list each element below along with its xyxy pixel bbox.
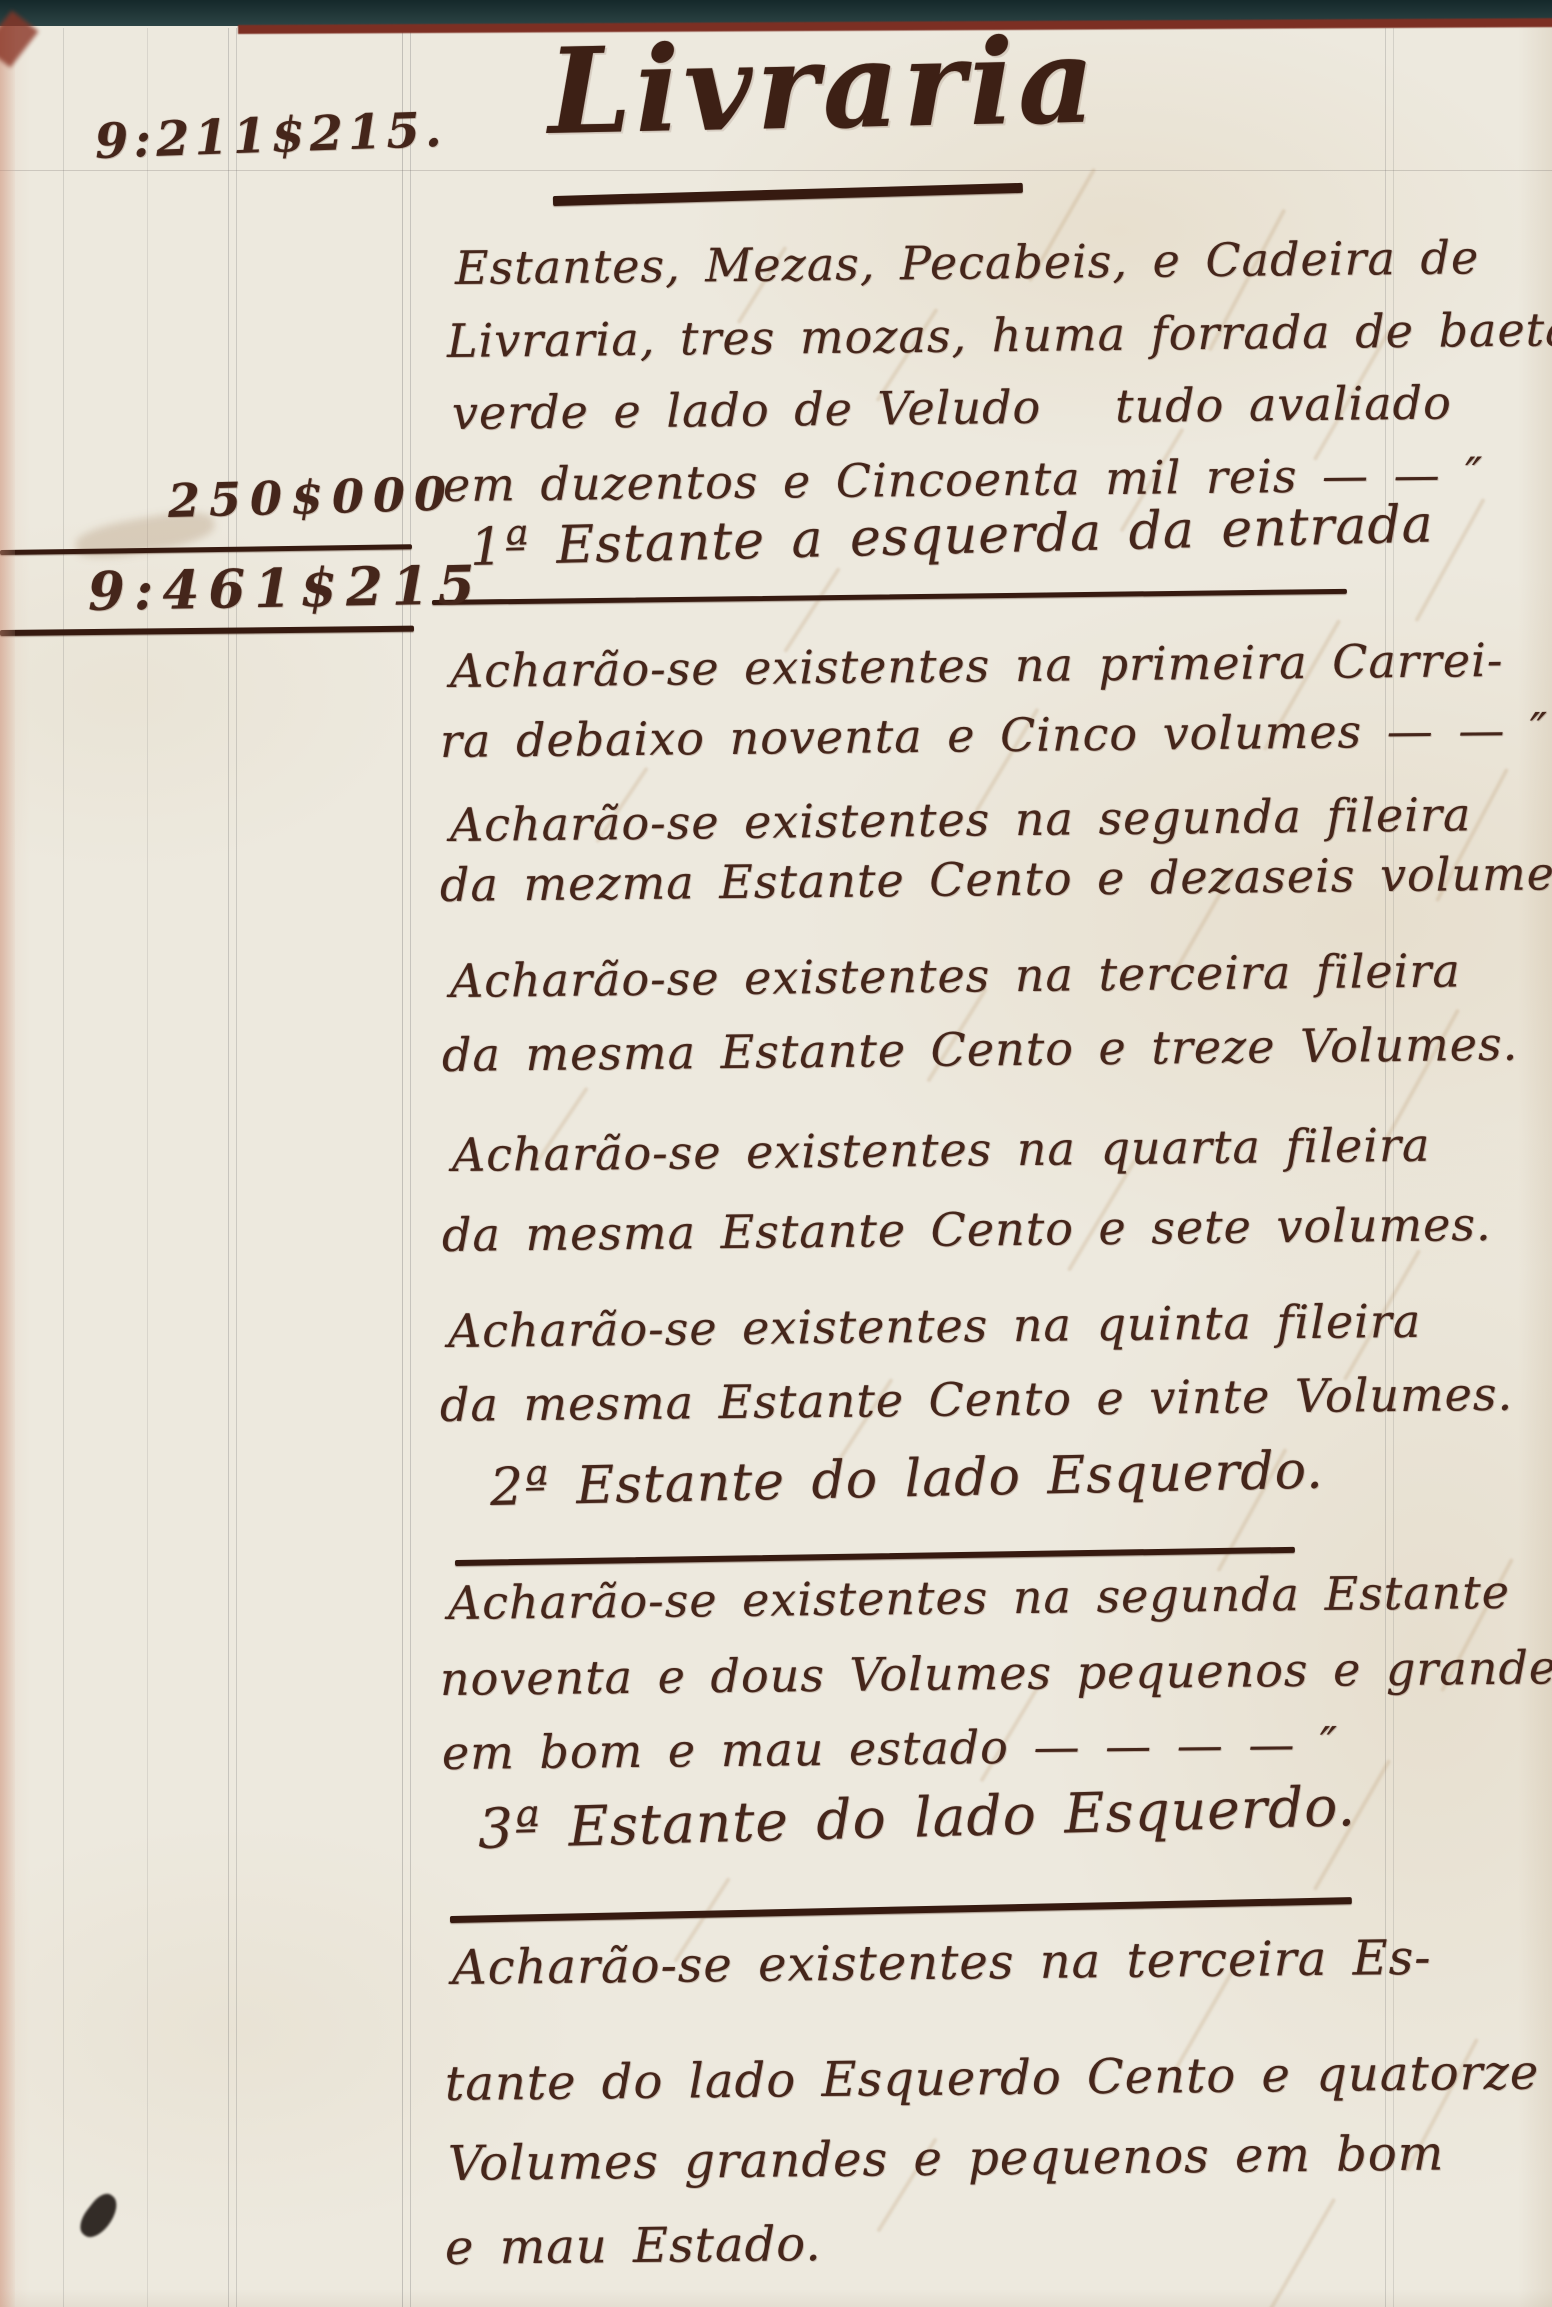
text-line: da mesma Estante Cento e sete volumes.	[442, 1201, 1492, 1258]
text-line: noventa e dous Volumes pequenos e grande…	[440, 1644, 1552, 1702]
text-line: Acharão-se existentes na primeira Carrei…	[450, 637, 1504, 694]
ruled-line-vertical	[402, 28, 403, 2307]
text-line: em bom e mau estado — — — — ″	[442, 1721, 1339, 1776]
text-line: Acharão-se existentes na quinta fileira	[448, 1298, 1422, 1354]
title-underline	[553, 183, 1023, 206]
section-heading: 2ª Estante do lado Esquerdo.	[489, 1445, 1324, 1514]
heading-underline	[450, 1897, 1352, 1923]
ruled-line-vertical	[410, 28, 411, 2307]
section-heading: 3ª Estante do lado Esquerdo.	[477, 1779, 1356, 1857]
margin-entry-value: 250$000	[167, 470, 455, 523]
bleed-through-mark	[1268, 2198, 1336, 2307]
ruled-line-horizontal	[0, 170, 1552, 171]
binding-edge	[0, 0, 15, 2307]
text-line: Acharão-se existentes na terceira fileir…	[450, 947, 1461, 1004]
text-line: Acharão-se existentes na terceira Es-	[452, 1934, 1432, 1992]
sum-rule-top	[0, 544, 412, 555]
ruled-line-vertical	[63, 28, 64, 2307]
text-line: Acharão-se existentes na segunda fileira	[450, 791, 1472, 848]
margin-running-total: 9:461$215	[88, 559, 484, 619]
text-line: e mau Estado.	[445, 2220, 822, 2272]
ruled-line-vertical	[147, 28, 148, 2307]
text-line: Volumes grandes e pequenos em bom	[448, 2130, 1445, 2188]
ruled-line-vertical	[236, 28, 237, 2307]
ruled-line-vertical	[228, 28, 229, 2307]
text-line: Livraria, tres mozas, huma forrada de ba…	[447, 306, 1552, 364]
text-line: da mezma Estante Cento e dezaseis volume…	[440, 850, 1552, 908]
manuscript-page: 9:211$215. 250$000 9:461$215 Livraria Es…	[0, 0, 1552, 2307]
text-line: ra debaixo noventa e Cinco volumes — — ″	[440, 706, 1549, 764]
text-line: Acharão-se existentes na quarta fileira	[452, 1122, 1431, 1178]
text-line: Acharão-se existentes na segunda Estante	[448, 1569, 1510, 1626]
margin-previous-total: 9:211$215.	[94, 106, 447, 166]
text-line: tante do lado Esquerdo Cento e quatorze	[445, 2049, 1540, 2108]
text-line: da mesma Estante Cento e vinte Volumes.	[440, 1371, 1514, 1428]
heading-underline	[455, 1547, 1295, 1566]
text-line: da mesma Estante Cento e treze Volumes.	[442, 1021, 1519, 1078]
text-line: verde e lado de Veludo tudo avaliado	[452, 380, 1452, 436]
text-line: Estantes, Mezas, Pecabeis, e Cadeira de	[455, 234, 1480, 291]
page-title: Livraria	[547, 10, 1100, 160]
heading-underline	[432, 589, 1347, 605]
ink-blot	[74, 2189, 124, 2243]
